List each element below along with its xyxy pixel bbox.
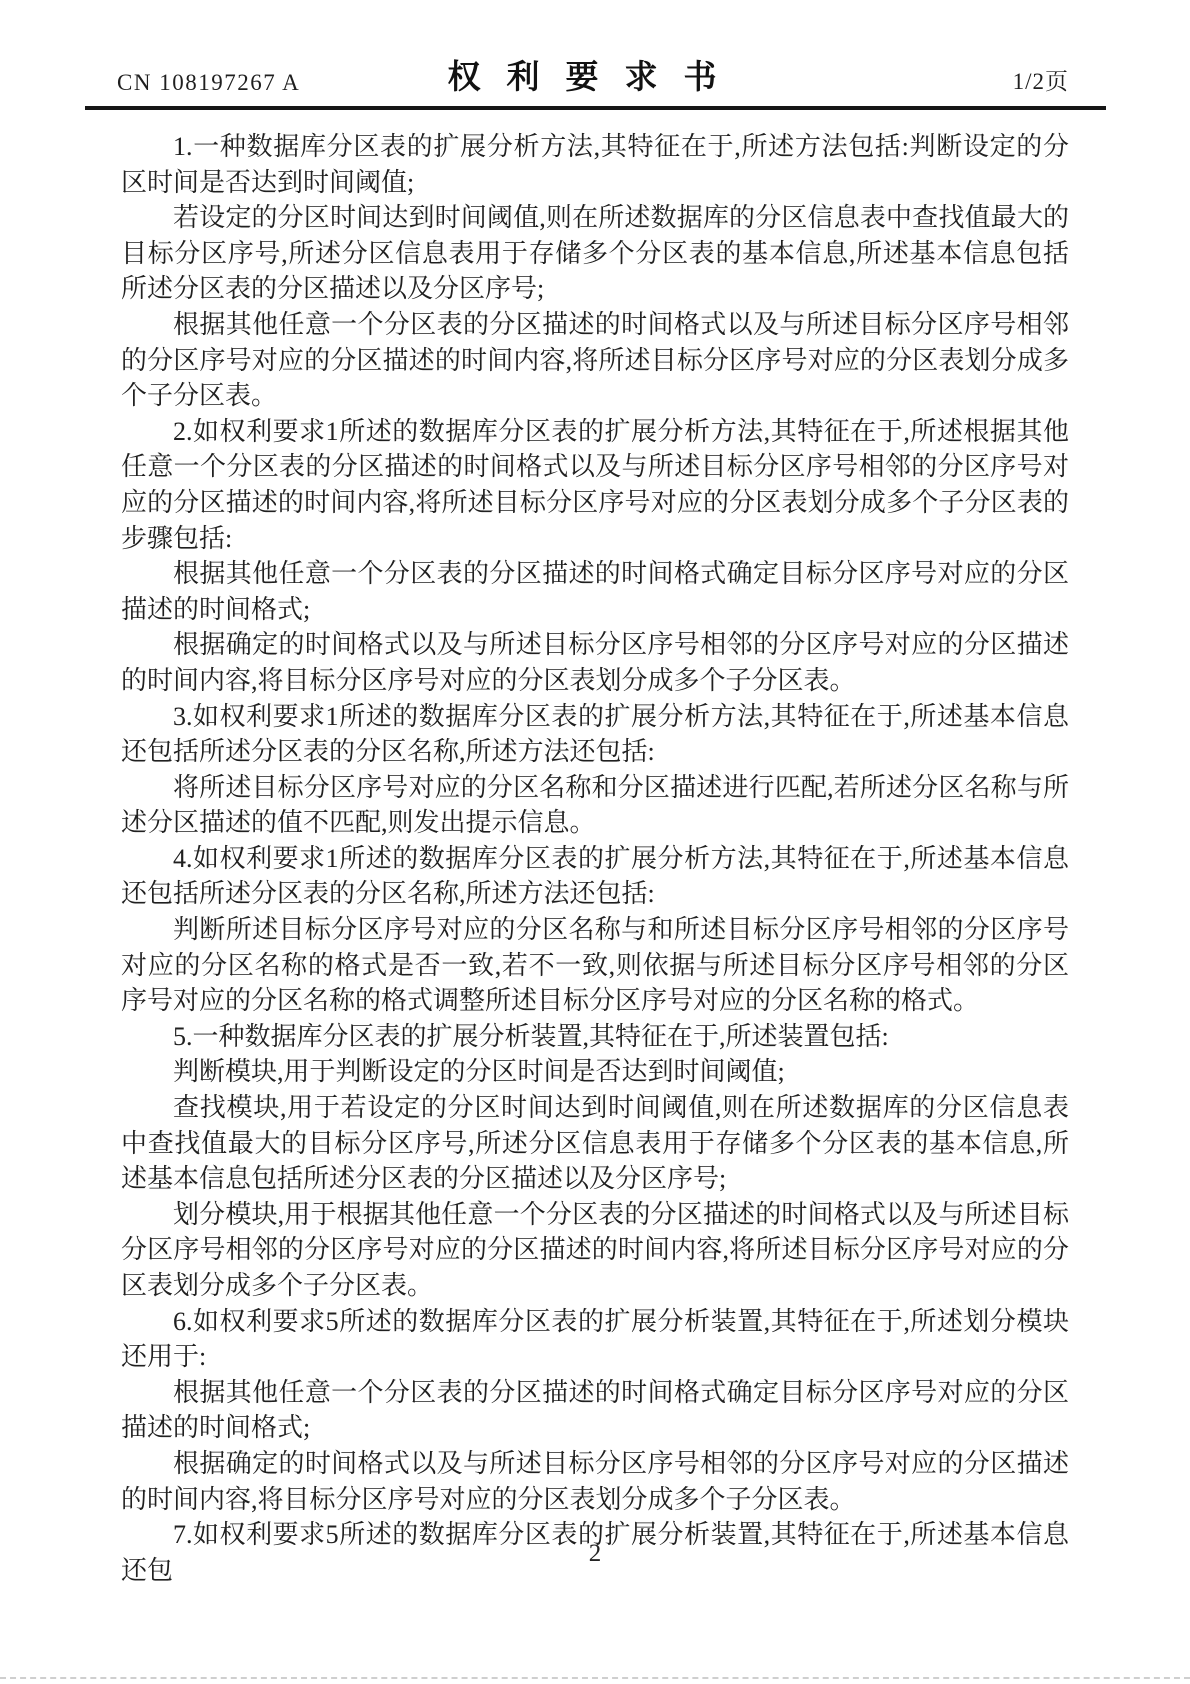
header-rule [85, 106, 1106, 110]
claim-paragraph: 根据确定的时间格式以及与所述目标分区序号相邻的分区序号对应的分区描述的时间内容,… [121, 627, 1069, 698]
claim-paragraph: 查找模块,用于若设定的分区时间达到时间阈值,则在所述数据库的分区信息表中查找值最… [121, 1090, 1069, 1197]
claim-paragraph: 将所述目标分区序号对应的分区名称和分区描述进行匹配,若所述分区名称与所述分区描述… [121, 770, 1069, 841]
patent-claims-page: CN 108197267 A 权利要求书 1/2页 1.一种数据库分区表的扩展分… [0, 0, 1190, 1684]
publication-number: CN 108197267 A [117, 70, 300, 96]
claim-paragraph: 3.如权利要求1所述的数据库分区表的扩展分析方法,其特征在于,所述基本信息还包括… [121, 699, 1069, 770]
page-header: CN 108197267 A 权利要求书 1/2页 [0, 56, 1190, 98]
claim-paragraph: 2.如权利要求1所述的数据库分区表的扩展分析方法,其特征在于,所述根据其他任意一… [121, 414, 1069, 556]
claim-paragraph: 4.如权利要求1所述的数据库分区表的扩展分析方法,其特征在于,所述基本信息还包括… [121, 841, 1069, 912]
claim-paragraph: 划分模块,用于根据其他任意一个分区表的分区描述的时间格式以及与所述目标分区序号相… [121, 1197, 1069, 1304]
claim-paragraph: 根据确定的时间格式以及与所述目标分区序号相邻的分区序号对应的分区描述的时间内容,… [121, 1446, 1069, 1517]
page-indicator: 1/2页 [1013, 63, 1069, 96]
page-number: 2 [0, 1540, 1190, 1568]
document-title: 权利要求书 [448, 51, 743, 98]
claim-paragraph: 根据其他任意一个分区表的分区描述的时间格式确定目标分区序号对应的分区描述的时间格… [121, 556, 1069, 627]
claim-paragraph: 根据其他任意一个分区表的分区描述的时间格式确定目标分区序号对应的分区描述的时间格… [121, 1375, 1069, 1446]
claim-paragraph: 根据其他任意一个分区表的分区描述的时间格式以及与所述目标分区序号相邻的分区序号对… [121, 307, 1069, 414]
claim-paragraph: 1.一种数据库分区表的扩展分析方法,其特征在于,所述方法包括:判断设定的分区时间… [121, 129, 1069, 200]
claim-paragraph: 判断所述目标分区序号对应的分区名称与和所述目标分区序号相邻的分区序号对应的分区名… [121, 912, 1069, 1019]
claim-paragraph: 判断模块,用于判断设定的分区时间是否达到时间阈值; [121, 1054, 1069, 1090]
claim-paragraph: 6.如权利要求5所述的数据库分区表的扩展分析装置,其特征在于,所述划分模块还用于… [121, 1304, 1069, 1375]
scan-bottom-edge [0, 1677, 1190, 1679]
claim-paragraph: 若设定的分区时间达到时间阈值,则在所述数据库的分区信息表中查找值最大的目标分区序… [121, 200, 1069, 307]
claim-paragraph: 5.一种数据库分区表的扩展分析装置,其特征在于,所述装置包括: [121, 1019, 1069, 1055]
claims-body: 1.一种数据库分区表的扩展分析方法,其特征在于,所述方法包括:判断设定的分区时间… [121, 129, 1069, 1588]
